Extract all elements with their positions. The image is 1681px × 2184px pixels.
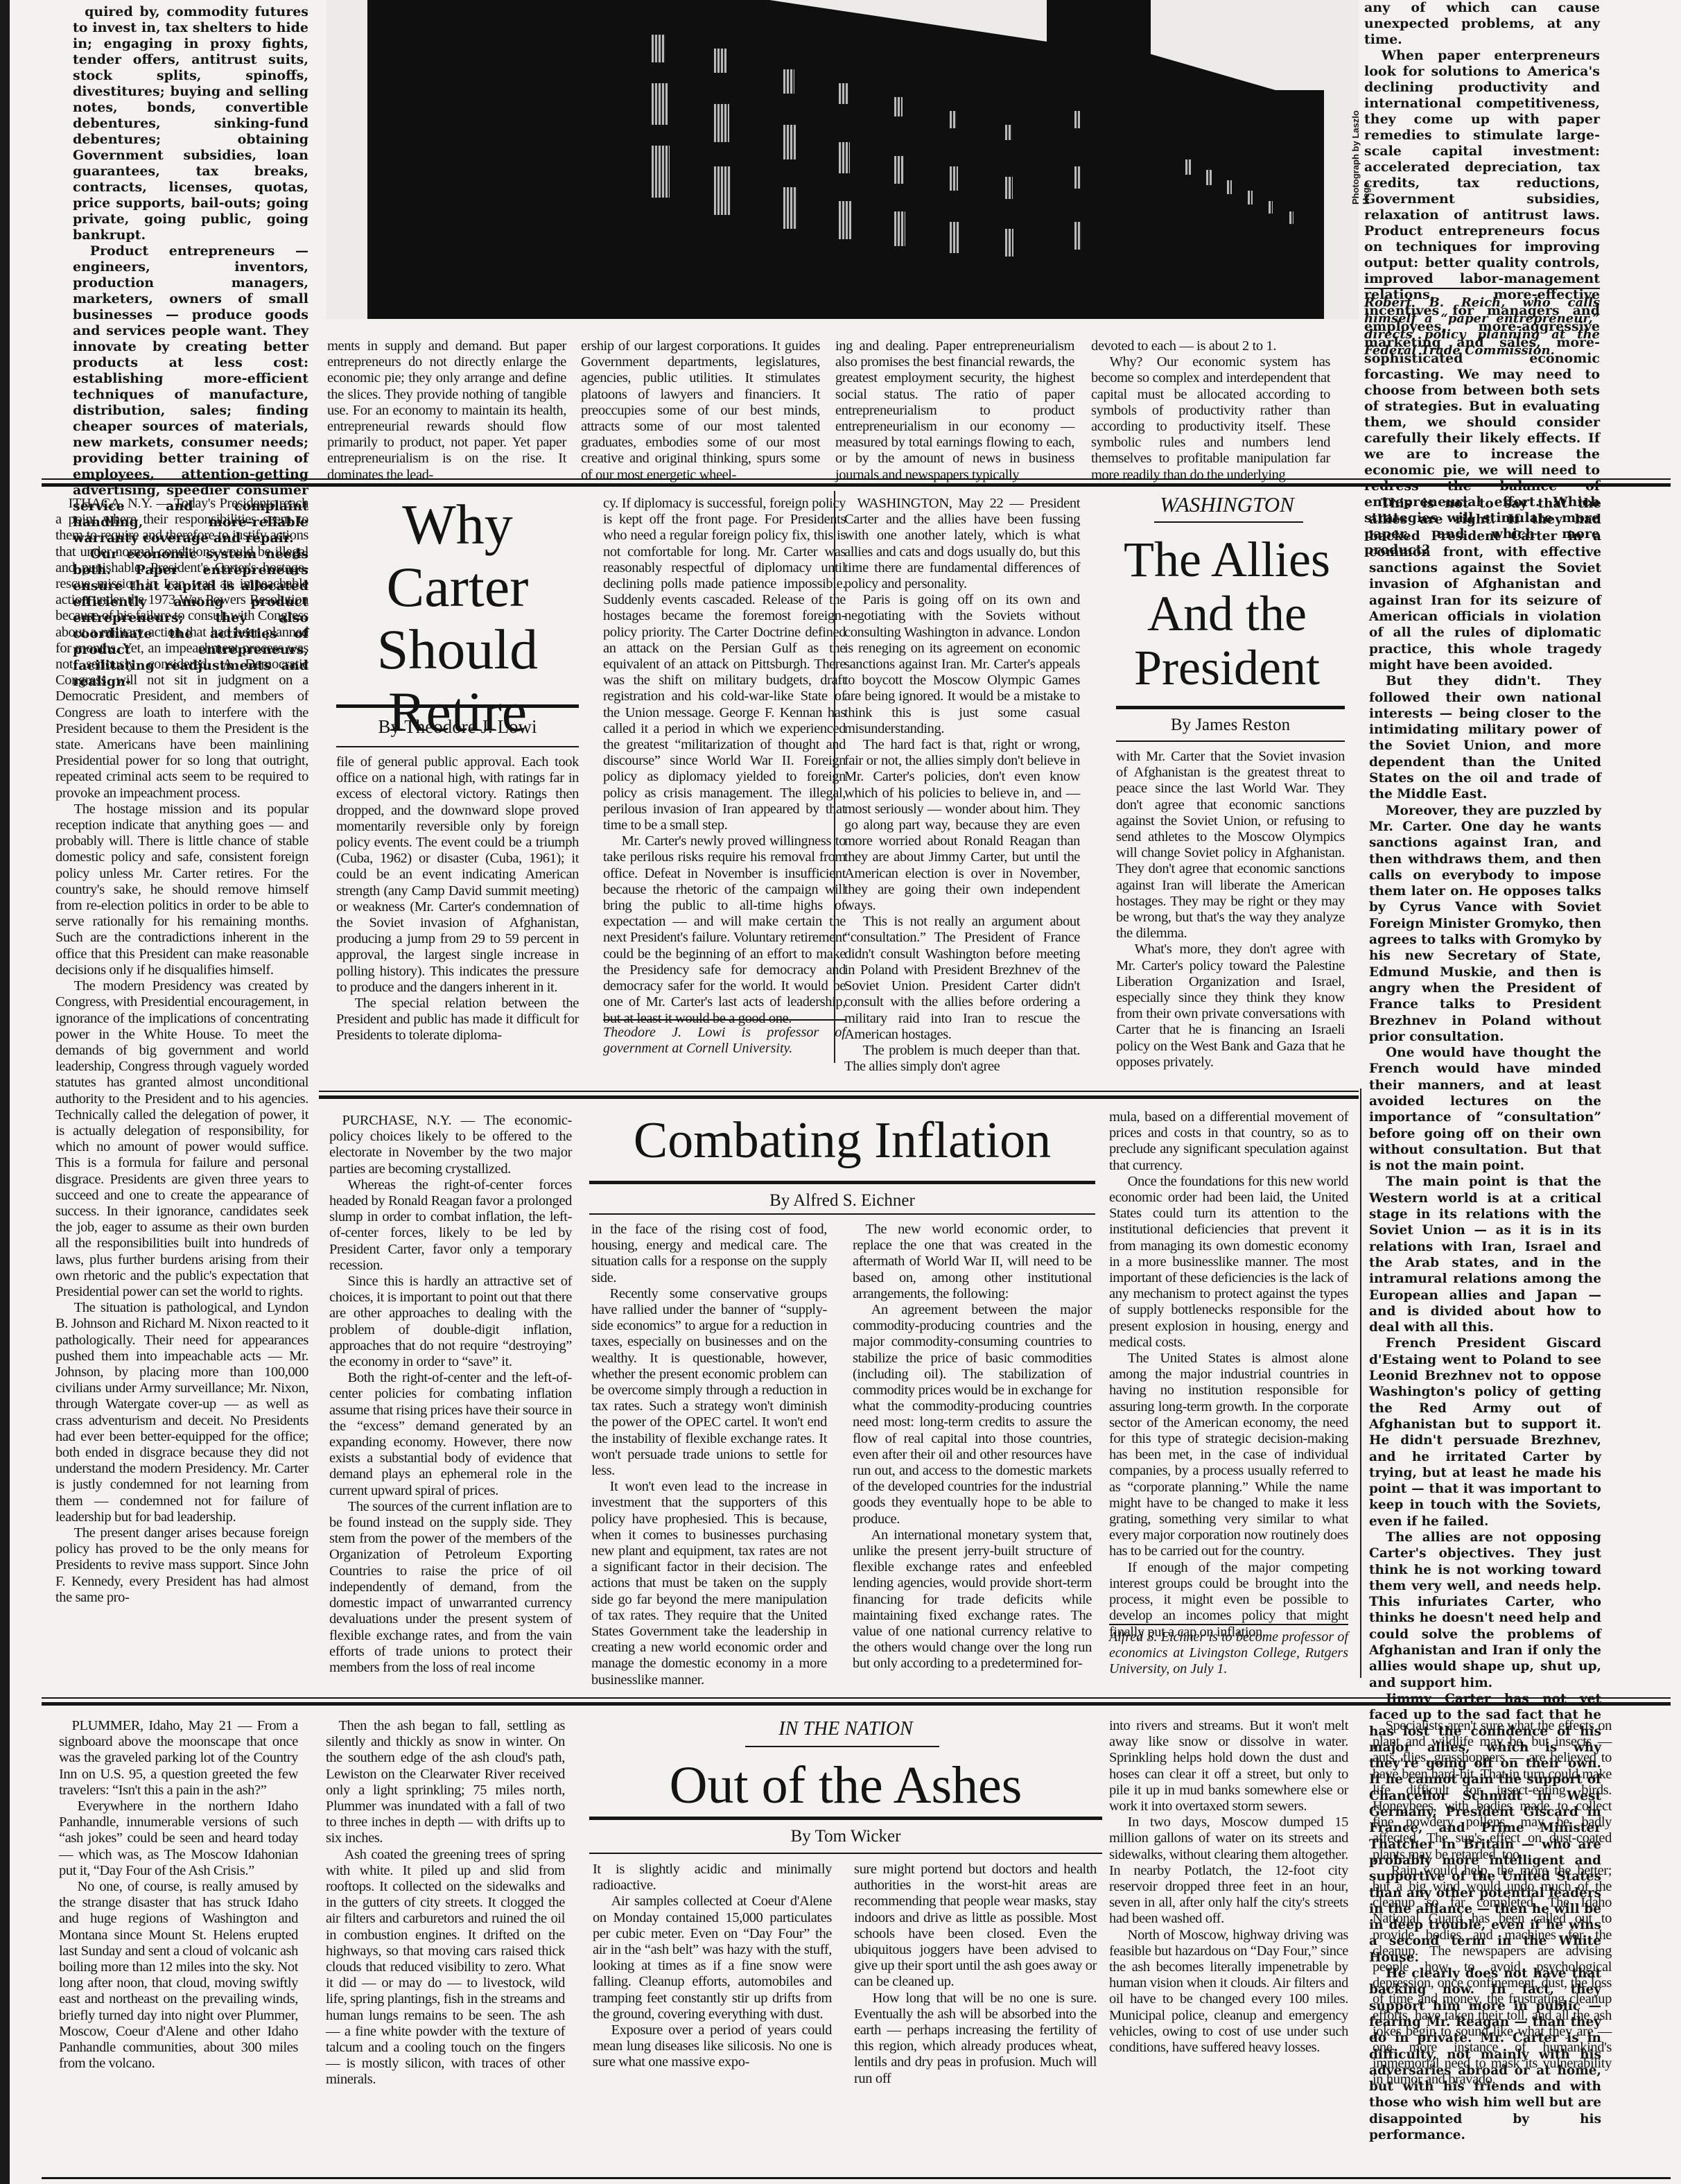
paragraph: WASHINGTON, May 22 — President Carter an… bbox=[844, 496, 1080, 592]
reich-column-4: ing and dealing. Paper entrepreneurialis… bbox=[835, 338, 1074, 483]
paragraph: This is not really an argument about “co… bbox=[844, 914, 1080, 1043]
reich-author-bio: Robert B. Reich, who calls himself a “pa… bbox=[1364, 295, 1600, 358]
paragraph: file of general public approval. Each to… bbox=[336, 754, 579, 996]
headline-rule bbox=[589, 1817, 1102, 1820]
wicker-headline: Out of the Ashes bbox=[593, 1754, 1099, 1817]
paragraph: The hostage mission and its popular rece… bbox=[55, 801, 308, 978]
paragraph: quired by, commodity futures to invest i… bbox=[73, 4, 308, 243]
reston-column-1: WASHINGTON, May 22 — President Carter an… bbox=[844, 496, 1080, 1075]
paragraph: ership of our largest corporations. It g… bbox=[581, 338, 820, 483]
factory-photograph bbox=[326, 0, 1359, 319]
paragraph: The main point is that the Western world… bbox=[1369, 1174, 1601, 1335]
wicker-column-1: PLUMMER, Idaho, May 21 — From a signboar… bbox=[59, 1718, 298, 2072]
paragraph: Moreover, they are puzzled by Mr. Carter… bbox=[1369, 803, 1601, 1045]
wicker-column-4: sure might portend but doctors and healt… bbox=[854, 1862, 1097, 2087]
paragraph: The modern Presidency was created by Con… bbox=[55, 978, 308, 1300]
headline-line: And the bbox=[1102, 587, 1352, 641]
reich-column-2: ments in supply and demand. But paper en… bbox=[327, 338, 566, 483]
paragraph: in the face of the rising cost of food, … bbox=[591, 1222, 827, 1286]
paragraph: Rain would help, the more the better; bu… bbox=[1373, 1863, 1612, 2088]
paragraph: In two days, Moscow dumped 15 million ga… bbox=[1109, 1814, 1348, 1927]
paragraph: The special relation between the Preside… bbox=[336, 996, 579, 1044]
wicker-column-6: Specialists aren't sure what the effects… bbox=[1373, 1718, 1612, 2088]
section-divider bbox=[319, 1091, 1359, 1092]
paragraph: into rivers and streams. But it won't me… bbox=[1109, 1718, 1348, 1814]
reich-column-3: ership of our largest corporations. It g… bbox=[581, 338, 820, 483]
paragraph: The present danger arises because foreig… bbox=[55, 1525, 308, 1606]
section-divider-thick bbox=[42, 1702, 1671, 1706]
paragraph: Exposure over a period of years could me… bbox=[593, 2022, 832, 2071]
reston-headline: The Allies And the President bbox=[1102, 532, 1352, 695]
headline-line: Should bbox=[333, 618, 582, 681]
wicker-column-3: It is slightly acidic and minimally radi… bbox=[593, 1862, 832, 2071]
paragraph: devoted to each — is about 2 to 1. bbox=[1091, 338, 1330, 354]
paragraph: ITHACA, N.Y. — Today's Presidents reach … bbox=[55, 496, 308, 801]
paragraph: cy. If diplomacy is successful, foreign … bbox=[603, 496, 846, 833]
column-divider bbox=[1360, 1089, 1361, 1678]
reich-column-5: devoted to each — is about 2 to 1. Why? … bbox=[1091, 338, 1330, 483]
reich-column-6: any of which can cause unexpected proble… bbox=[1364, 0, 1600, 558]
headline-line: Why bbox=[333, 494, 582, 556]
paragraph: Specialists aren't sure what the effects… bbox=[1373, 1718, 1612, 1863]
reston-kicker: WASHINGTON bbox=[1109, 492, 1345, 517]
headline-rule bbox=[336, 704, 579, 708]
bio-divider bbox=[1109, 1624, 1348, 1625]
paragraph: The hard fact is that, right or wrong, f… bbox=[844, 737, 1080, 914]
eichner-column-1: PURCHASE, N.Y. — The economic-policy cho… bbox=[329, 1113, 572, 1676]
bio-divider bbox=[603, 1019, 846, 1021]
lowi-column-1: ITHACA, N.Y. — Today's Presidents reach … bbox=[55, 496, 308, 1606]
paragraph: PURCHASE, N.Y. — The economic-policy cho… bbox=[329, 1113, 572, 1177]
section-divider bbox=[42, 478, 1671, 480]
section-divider bbox=[42, 1697, 1671, 1699]
paragraph: Ash coated the greening trees of spring … bbox=[326, 1847, 565, 2088]
paragraph: The allies are not opposing Carter's obj… bbox=[1369, 1529, 1601, 1691]
paragraph: mula, based on a differential movement o… bbox=[1109, 1109, 1348, 1174]
headline-line: Carter bbox=[333, 556, 582, 618]
paragraph: How long that will be no one is sure. Ev… bbox=[854, 1991, 1097, 2087]
paragraph: Mr. Carter's newly proved willingness to… bbox=[603, 833, 846, 1026]
headline-line: President bbox=[1102, 641, 1352, 695]
paragraph: Both the right-of-center and the left-of… bbox=[329, 1370, 572, 1499]
section-divider-thick bbox=[319, 1095, 1359, 1099]
paragraph: It is slightly acidic and minimally radi… bbox=[593, 1862, 832, 1893]
byline-rule bbox=[336, 746, 579, 747]
headline-rule bbox=[589, 1181, 1095, 1184]
paragraph: If enough of the major competing interes… bbox=[1109, 1560, 1348, 1640]
kicker-rule bbox=[1154, 521, 1303, 523]
paragraph: Whereas the right-of-center forces heade… bbox=[329, 1177, 572, 1274]
lowi-column-3: cy. If diplomacy is successful, foreign … bbox=[603, 496, 846, 1027]
paragraph: Then the ash began to fall, settling as … bbox=[326, 1718, 565, 1847]
paragraph: The new world economic order, to replace… bbox=[853, 1222, 1092, 1302]
paragraph: ments in supply and demand. But paper en… bbox=[327, 338, 566, 483]
lowi-byline: By Theodore J. Lowi bbox=[336, 716, 579, 738]
byline-rule bbox=[589, 1853, 1102, 1854]
paragraph: The United States is almost alone among … bbox=[1109, 1351, 1348, 1560]
paragraph: with Mr. Carter that the Soviet invasion… bbox=[1116, 749, 1345, 942]
wicker-column-2: Then the ash began to fall, settling as … bbox=[326, 1718, 565, 2088]
paragraph: The problem is much deeper than that. Th… bbox=[844, 1043, 1080, 1075]
paragraph: Since this is hardly an attractive set o… bbox=[329, 1274, 572, 1370]
paragraph: This is not to say that the allies are r… bbox=[1369, 496, 1601, 673]
paragraph: Air samples collected at Coeur d'Alene o… bbox=[593, 1893, 832, 2022]
paragraph: Why? Our economic system has become so c… bbox=[1091, 354, 1330, 483]
paragraph: The sources of the current inflation are… bbox=[329, 1499, 572, 1676]
lowi-author-bio: Theodore J. Lowi is professor of governm… bbox=[603, 1025, 846, 1057]
paragraph: The situation is pathological, and Lyndo… bbox=[55, 1300, 308, 1525]
byline-rule bbox=[589, 1213, 1095, 1215]
paragraph: An international monetary system that, u… bbox=[853, 1527, 1092, 1672]
wicker-column-5: into rivers and streams. But it won't me… bbox=[1109, 1718, 1348, 2056]
paragraph: Everywhere in the northern Idaho Panhand… bbox=[59, 1799, 298, 1879]
headline-line: The Allies bbox=[1102, 532, 1352, 587]
paragraph: Recently some conservative groups have r… bbox=[591, 1286, 827, 1479]
page-edge-shadow bbox=[0, 0, 10, 2184]
eichner-column-3: The new world economic order, to replace… bbox=[853, 1222, 1092, 1672]
paragraph: An agreement between the major commodity… bbox=[853, 1302, 1092, 1527]
headline-rule bbox=[1116, 706, 1345, 709]
eichner-author-bio: Alfred S. Eichner is to become professor… bbox=[1109, 1629, 1348, 1677]
paragraph: sure might portend but doctors and healt… bbox=[854, 1862, 1097, 1991]
kicker-rule bbox=[745, 1746, 939, 1747]
eichner-column-4: mula, based on a differential movement o… bbox=[1109, 1109, 1348, 1640]
paragraph: ing and dealing. Paper entrepreneurialis… bbox=[835, 338, 1074, 483]
paragraph: Once the foundations for this new world … bbox=[1109, 1174, 1348, 1351]
byline-rule bbox=[1116, 740, 1345, 742]
reston-byline: By James Reston bbox=[1116, 716, 1345, 735]
eichner-byline: By Alfred S. Eichner bbox=[589, 1191, 1095, 1211]
paragraph: No one, of course, is really amused by t… bbox=[59, 1879, 298, 2072]
section-divider-thick bbox=[42, 483, 1671, 487]
paragraph: North of Moscow, highway driving was fea… bbox=[1109, 1927, 1348, 2056]
paragraph: any of which can cause unexpected proble… bbox=[1364, 0, 1600, 48]
page-bottom-rule bbox=[42, 2177, 1671, 2179]
paragraph: Paris is going off on its own and negoti… bbox=[844, 592, 1080, 737]
reston-column-2: with Mr. Carter that the Soviet invasion… bbox=[1116, 749, 1345, 1071]
paragraph: PLUMMER, Idaho, May 21 — From a signboar… bbox=[59, 1718, 298, 1799]
paragraph: What's more, they don't agree with Mr. C… bbox=[1116, 942, 1345, 1071]
paragraph: But they didn't. They followed their own… bbox=[1369, 673, 1601, 802]
lowi-column-2: file of general public approval. Each to… bbox=[336, 754, 579, 1044]
bio-divider bbox=[1364, 288, 1600, 289]
eichner-headline: Combating Inflation bbox=[593, 1109, 1092, 1172]
wicker-byline: By Tom Wicker bbox=[589, 1827, 1102, 1846]
column-divider bbox=[834, 491, 835, 1063]
paragraph: French President Giscard d'Estaing went … bbox=[1369, 1335, 1601, 1529]
eichner-column-2: in the face of the rising cost of food, … bbox=[591, 1222, 827, 1688]
paragraph: One would have thought the French would … bbox=[1369, 1045, 1601, 1174]
wicker-kicker: IN THE NATION bbox=[593, 1718, 1099, 1740]
paragraph: It won't even lead to the increase in in… bbox=[591, 1479, 827, 1688]
